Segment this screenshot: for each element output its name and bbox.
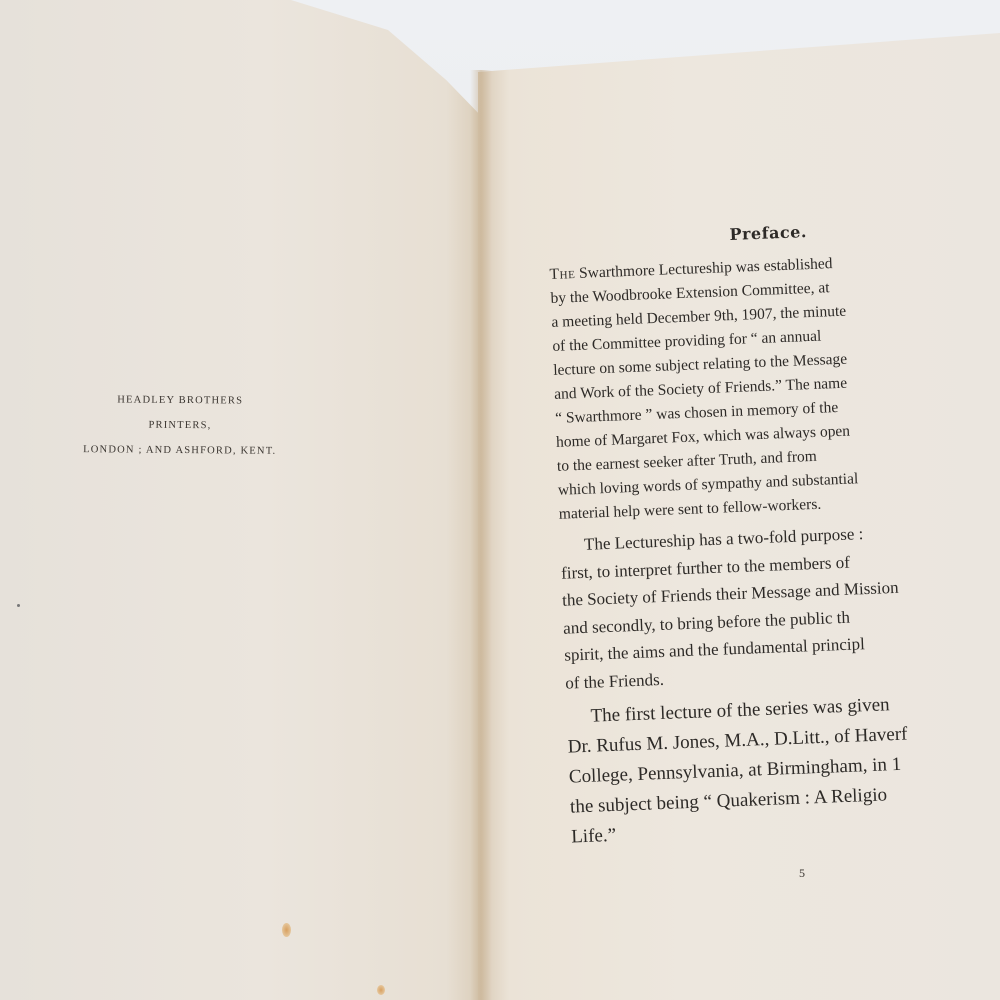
page-number: 5 xyxy=(799,866,805,881)
paragraph-2: The Lectureship has a two-fold purpose :… xyxy=(560,514,1000,697)
imprint-line: PRINTERS, xyxy=(60,412,300,439)
preface-text: Preface. The Swarthmore Lectureship was … xyxy=(548,214,1000,853)
left-page: HEADLEY BROTHERS PRINTERS, LONDON ; AND … xyxy=(0,0,485,1000)
foxing-stain xyxy=(377,985,385,995)
paragraph-1: The Swarthmore Lectureship was establish… xyxy=(549,245,1000,527)
paragraph-3: The first lecture of the series was give… xyxy=(566,685,1000,853)
printer-imprint: HEADLEY BROTHERS PRINTERS, LONDON ; AND … xyxy=(60,387,301,464)
imprint-line: HEADLEY BROTHERS xyxy=(60,387,300,414)
paper-speck xyxy=(17,604,20,607)
imprint-line: LONDON ; AND ASHFORD, KENT. xyxy=(60,437,300,464)
lead-word: The xyxy=(549,265,575,283)
book-gutter xyxy=(470,70,492,1000)
foxing-stain xyxy=(282,923,291,937)
